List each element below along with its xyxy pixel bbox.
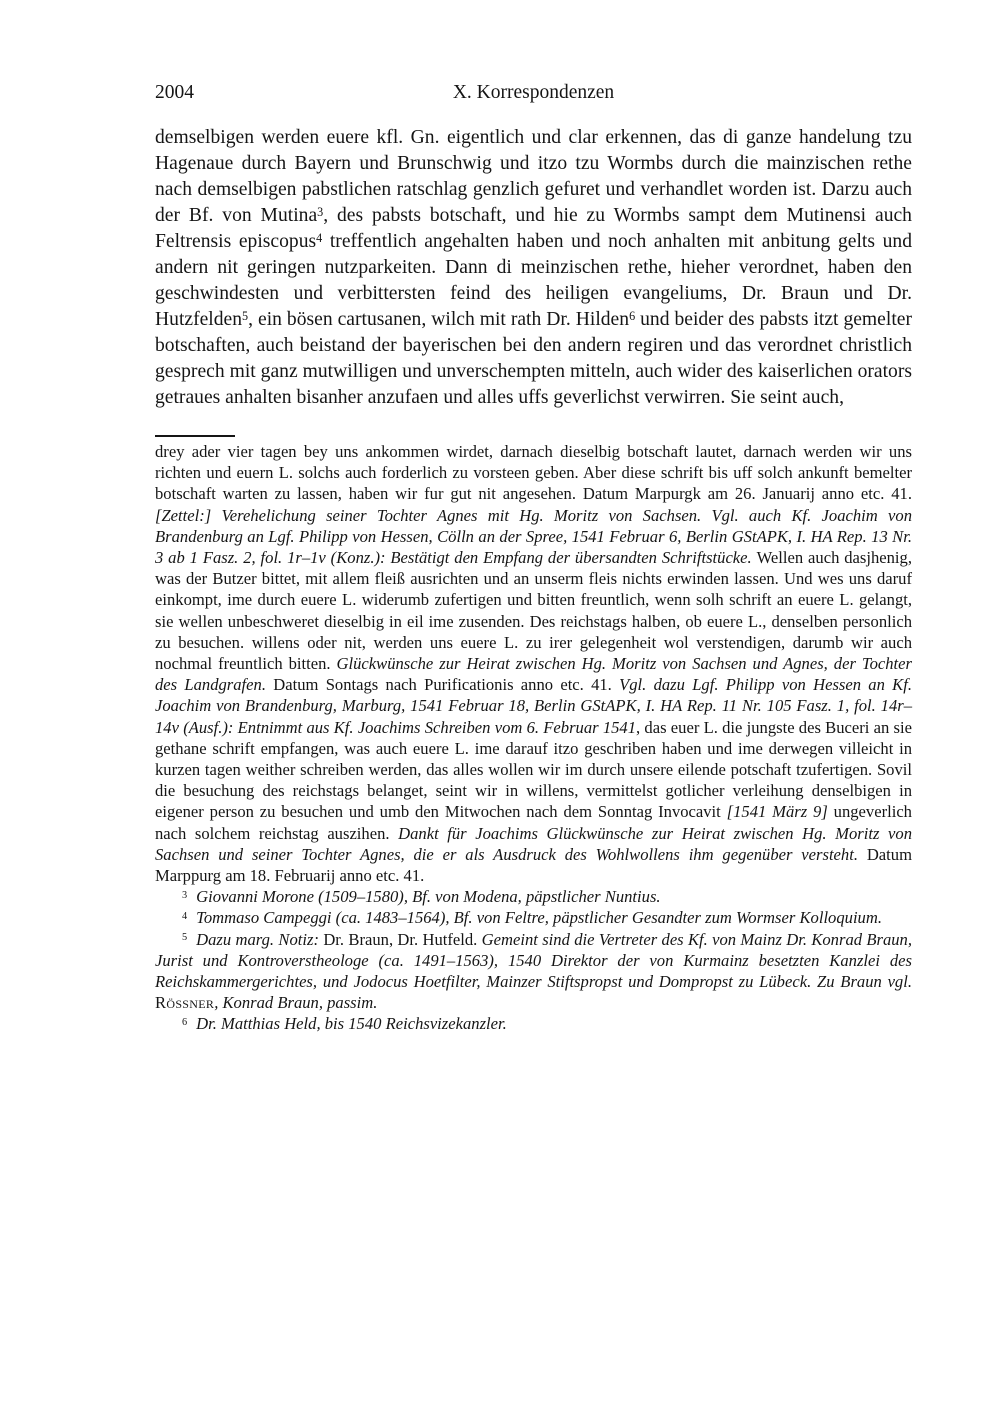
footnote-item: 6Dr. Matthias Held, bis 1540 Reichsvizek…: [155, 1013, 912, 1034]
main-text-paragraph: demselbigen werden euere kfl. Gn. eigent…: [155, 125, 912, 411]
text-run: [1541 März 9]: [727, 802, 828, 821]
footnote-ref: 4: [316, 231, 322, 245]
text-column: 2004 X. Korrespondenzen demselbigen werd…: [155, 82, 912, 1035]
footnote-ref: 5: [242, 309, 248, 323]
text-run: Tommaso Campeggi (ca. 1483–1564), Bf. vo…: [196, 908, 882, 927]
footnote-text: Tommaso Campeggi (ca. 1483–1564), Bf. vo…: [196, 908, 882, 927]
footnote-separator-rule: [155, 435, 235, 437]
footnote-ref: 6: [629, 309, 635, 323]
book-page: 2004 X. Korrespondenzen demselbigen werd…: [0, 0, 1004, 1418]
apparatus-paragraph: drey ader vier tagen bey uns ankommen wi…: [155, 441, 912, 886]
text-run: Dazu marg. Notiz:: [196, 930, 319, 949]
footnote-item: 4Tommaso Campeggi (ca. 1483–1564), Bf. v…: [155, 907, 912, 928]
text-run: Dr. Matthias Held, bis 1540 Reichsvizeka…: [196, 1014, 507, 1033]
footnote-item: 3Giovanni Morone (1509–1580), Bf. von Mo…: [155, 886, 912, 907]
text-run: , Konrad Braun, passim.: [214, 993, 377, 1012]
footnote-text: Giovanni Morone (1509–1580), Bf. von Mod…: [196, 887, 660, 906]
text-run: Dr. Braun, Dr. Hutfeld.: [319, 930, 482, 949]
footnote-text: Dazu marg. Notiz: Dr. Braun, Dr. Hutfeld…: [155, 930, 912, 1013]
footnote-text: Dr. Matthias Held, bis 1540 Reichsvizeka…: [196, 1014, 507, 1033]
text-run: Rössner: [155, 993, 214, 1012]
text-run: Giovanni Morone (1509–1580), Bf. von Mod…: [196, 887, 660, 906]
text-run: , ein bösen cartusanen, wilch mit rath D…: [248, 309, 629, 330]
footnote-item: 5Dazu marg. Notiz: Dr. Braun, Dr. Hutfel…: [155, 929, 912, 1014]
text-run: drey ader vier tagen bey uns ankommen wi…: [155, 442, 912, 503]
running-head-title: X. Korrespondenzen: [155, 82, 912, 104]
running-header: 2004 X. Korrespondenzen: [155, 82, 912, 108]
text-run: Datum Sontags nach Purificationis anno e…: [273, 675, 619, 694]
footnote-ref: 3: [317, 205, 323, 219]
